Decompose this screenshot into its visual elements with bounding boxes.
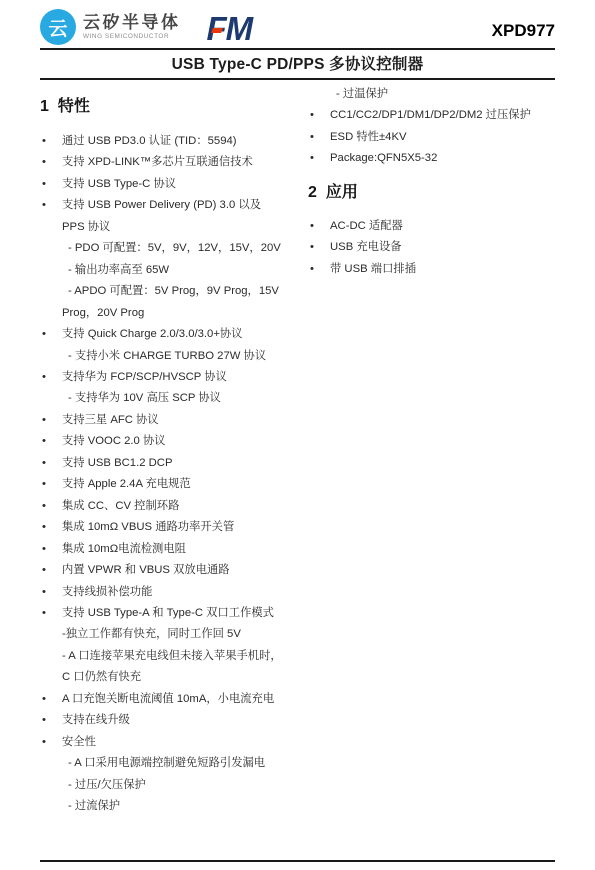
feature-item-text: 支持 Apple 2.4A 充电规范 [62, 474, 191, 495]
section-number: 1 [40, 98, 49, 115]
feature-item-text: - APDO 可配置：5V Prog，9V Prog，15V [62, 281, 279, 302]
feature-item: • 支持 XPD-LINK™多芯片互联通信技术 [40, 152, 308, 173]
feature-item-text: Prog，20V Prog [62, 303, 144, 324]
application-item-text: USB 充电设备 [330, 237, 402, 258]
feature-item-text: - A 口采用电源端控制避免短路引发漏电 [62, 753, 265, 774]
feature-item: • 支持 Apple 2.4A 充电规范 [40, 474, 308, 495]
feature-item: • 通过 USB PD3.0 认证 (TID：5594) [40, 131, 308, 152]
bullet-icon: • [40, 474, 62, 495]
header-rule-bottom [40, 78, 555, 80]
feature-item: • 支持线损补偿功能 [40, 582, 308, 603]
feature-item-text: ESD 特性±4KV [330, 127, 407, 148]
feature-item: - 支持华为 10V 高压 SCP 协议 [40, 388, 308, 409]
feature-item: • 支持在线升级 [40, 710, 308, 731]
bullet-icon: • [40, 582, 62, 603]
feature-item: • 支持 VOOC 2.0 协议 [40, 431, 308, 452]
bullet-icon: • [40, 324, 62, 345]
wing-semiconductor-logo-icon: 云 [40, 9, 76, 45]
feature-item: PPS 协议 [40, 217, 308, 238]
feature-item: - PDO 可配置：5V，9V，12V，15V，20V [40, 238, 308, 259]
section-applications-heading: 2应用 [308, 183, 555, 203]
bullet-icon: • [40, 410, 62, 431]
feature-item-text: - 过温保护 [330, 84, 388, 105]
feature-item: -独立工作都有快充，同时工作回 5V [40, 624, 308, 645]
feature-item: - 输出功率高至 65W [40, 260, 308, 281]
feature-item-text: - 过流保护 [62, 796, 120, 817]
features-list-right: - 过温保护 • CC1/CC2/DP1/DM1/DP2/DM2 过压保护 • … [308, 84, 555, 170]
feature-item-text: 支持三星 AFC 协议 [62, 410, 159, 431]
feature-item: • 支持 Quick Charge 2.0/3.0/3.0+协议 [40, 324, 308, 345]
feature-item-text: 支持 USB Type-A 和 Type-C 双口工作模式 [62, 603, 274, 624]
feature-item: • A 口充饱关断电流阈值 10mA，小电流充电 [40, 689, 308, 710]
feature-item: • ESD 特性±4KV [308, 127, 555, 148]
feature-item: • 支持华为 FCP/SCP/HVSCP 协议 [40, 367, 308, 388]
feature-item-text: 支持 XPD-LINK™多芯片互联通信技术 [62, 152, 253, 173]
feature-item-text: - 支持华为 10V 高压 SCP 协议 [62, 388, 221, 409]
application-item: • AC-DC 适配器 [308, 216, 555, 237]
application-item-text: 带 USB 端口排插 [330, 259, 416, 280]
bullet-icon: • [40, 453, 62, 474]
feature-item: • 支持三星 AFC 协议 [40, 410, 308, 431]
feature-item: • 内置 VPWR 和 VBUS 双放电通路 [40, 560, 308, 581]
bullet-icon: • [308, 105, 330, 126]
bullet-icon: • [40, 174, 62, 195]
feature-item-text: - 过压/欠压保护 [62, 775, 146, 796]
feature-item-text: 支持线损补偿功能 [62, 582, 152, 603]
feature-item: - A 口连接苹果充电线但未接入苹果手机时， [40, 646, 308, 667]
feature-item-text: 支持 USB Type-C 协议 [62, 174, 176, 195]
feature-item: • 集成 10mΩ VBUS 通路功率开关管 [40, 517, 308, 538]
applications-list: • AC-DC 适配器 • USB 充电设备 • 带 USB 端口排插 [308, 216, 555, 280]
section-number: 2 [308, 184, 317, 201]
feature-item: - 过流保护 [40, 796, 308, 817]
bullet-icon: • [40, 603, 62, 624]
bullet-icon: • [40, 710, 62, 731]
feature-item-text: 集成 10mΩ VBUS 通路功率开关管 [62, 517, 234, 538]
feature-item: Prog，20V Prog [40, 303, 308, 324]
company-logo: 云 云矽半导体 WING SEMICONDUCTOR FM [40, 9, 252, 48]
application-item-text: AC-DC 适配器 [330, 216, 403, 237]
feature-item-text: 集成 CC、CV 控制环路 [62, 496, 179, 517]
datasheet-page: 云 云矽半导体 WING SEMICONDUCTOR FM XPD977 USB… [0, 0, 595, 870]
feature-item: C 口仍然有快充 [40, 667, 308, 688]
feature-item-text: 支持 USB Power Delivery (PD) 3.0 以及 [62, 195, 261, 216]
bullet-icon: • [40, 367, 62, 388]
bullet-icon: • [40, 195, 62, 216]
features-list-left: • 通过 USB PD3.0 认证 (TID：5594) • 支持 XPD-LI… [40, 131, 308, 818]
feature-item-text: 通过 USB PD3.0 认证 (TID：5594) [62, 131, 237, 152]
footer-rule [40, 860, 555, 862]
section-title: 应用 [326, 184, 358, 201]
bullet-icon: • [308, 216, 330, 237]
feature-item-text: 支持 Quick Charge 2.0/3.0/3.0+协议 [62, 324, 243, 345]
feature-item-text: 支持华为 FCP/SCP/HVSCP 协议 [62, 367, 227, 388]
company-name-block: 云矽半导体 WING SEMICONDUCTOR [83, 9, 181, 40]
left-column: 1特性 • 通过 USB PD3.0 认证 (TID：5594) • 支持 XP… [40, 84, 308, 818]
bullet-icon: • [40, 131, 62, 152]
bullet-icon: • [40, 152, 62, 173]
bullet-icon: • [308, 148, 330, 169]
feature-item: - APDO 可配置：5V Prog，9V Prog，15V [40, 281, 308, 302]
feature-item-text: A 口充饱关断电流阈值 10mA，小电流充电 [62, 689, 274, 710]
feature-item: - 支持小米 CHARGE TURBO 27W 协议 [40, 346, 308, 367]
feature-item-text: CC1/CC2/DP1/DM1/DP2/DM2 过压保护 [330, 105, 531, 126]
feature-item: • 支持 USB Type-C 协议 [40, 174, 308, 195]
feature-item-text: 内置 VPWR 和 VBUS 双放电通路 [62, 560, 230, 581]
application-item: • 带 USB 端口排插 [308, 259, 555, 280]
feature-item: - A 口采用电源端控制避免短路引发漏电 [40, 753, 308, 774]
bullet-icon: • [40, 431, 62, 452]
feature-item: - 过压/欠压保护 [40, 775, 308, 796]
feature-item-text: 支持在线升级 [62, 710, 130, 731]
feature-item: • CC1/CC2/DP1/DM1/DP2/DM2 过压保护 [308, 105, 555, 126]
feature-item: • 支持 USB Power Delivery (PD) 3.0 以及 [40, 195, 308, 216]
bullet-icon: • [40, 496, 62, 517]
feature-item: • 集成 CC、CV 控制环路 [40, 496, 308, 517]
bullet-icon: • [40, 689, 62, 710]
logo-mark-glyph: 云 [48, 14, 67, 41]
feature-item: - 过温保护 [308, 84, 555, 105]
section-features-heading: 1特性 [40, 97, 308, 117]
bullet-icon: • [40, 560, 62, 581]
feature-item-text: PPS 协议 [62, 217, 110, 238]
feature-item: • 集成 10mΩ电流检测电阻 [40, 539, 308, 560]
product-code: XPD977 [492, 21, 555, 41]
application-item: • USB 充电设备 [308, 237, 555, 258]
fm-logo-red-bar-icon [211, 28, 223, 33]
bullet-icon: • [308, 237, 330, 258]
right-column: - 过温保护 • CC1/CC2/DP1/DM1/DP2/DM2 过压保护 • … [308, 84, 555, 818]
feature-item-text: - 输出功率高至 65W [62, 260, 169, 281]
feature-item-text: 支持 USB BC1.2 DCP [62, 453, 173, 474]
fm-logo: FM [207, 9, 253, 48]
feature-item-text: 安全性 [62, 732, 96, 753]
feature-item: • Package:QFN5X5-32 [308, 148, 555, 169]
bullet-icon: • [308, 127, 330, 148]
feature-item: • 安全性 [40, 732, 308, 753]
feature-item-text: - 支持小米 CHARGE TURBO 27W 协议 [62, 346, 266, 367]
company-name-en: WING SEMICONDUCTOR [83, 33, 181, 40]
bullet-icon: • [308, 259, 330, 280]
bullet-icon: • [40, 732, 62, 753]
feature-item-text: 集成 10mΩ电流检测电阻 [62, 539, 186, 560]
section-title: 特性 [58, 98, 90, 115]
feature-item-text: - A 口连接苹果充电线但未接入苹果手机时， [62, 646, 282, 667]
feature-item-text: 支持 VOOC 2.0 协议 [62, 431, 166, 452]
feature-item-text: - PDO 可配置：5V，9V，12V，15V，20V [62, 238, 281, 259]
document-title: USB Type-C PD/PPS 多协议控制器 [0, 52, 595, 74]
bullet-icon: • [40, 539, 62, 560]
feature-item: • 支持 USB Type-A 和 Type-C 双口工作模式 [40, 603, 308, 624]
company-name-cn: 云矽半导体 [83, 13, 181, 32]
feature-item-text: C 口仍然有快充 [62, 667, 141, 688]
header-rule-top [40, 48, 555, 50]
feature-item-text: -独立工作都有快充，同时工作回 5V [62, 624, 241, 645]
feature-item: • 支持 USB BC1.2 DCP [40, 453, 308, 474]
bullet-icon: • [40, 517, 62, 538]
page-content: 1特性 • 通过 USB PD3.0 认证 (TID：5594) • 支持 XP… [40, 84, 555, 818]
feature-item-text: Package:QFN5X5-32 [330, 148, 437, 169]
